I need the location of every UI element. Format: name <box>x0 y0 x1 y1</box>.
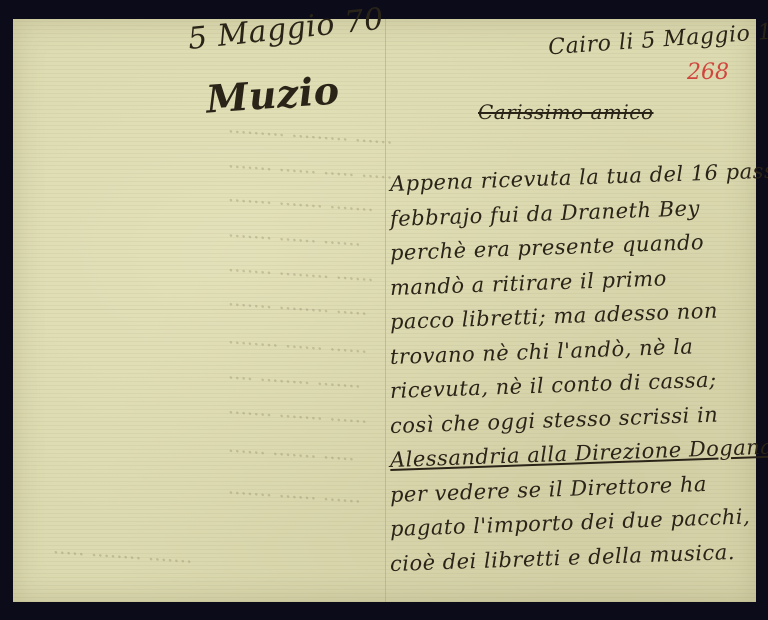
recipient-annotation: Muzio <box>205 67 341 121</box>
bleed-line: ..... ........ ....... <box>227 286 368 320</box>
bleed-line: ..... ..... ...... ....... <box>227 148 394 183</box>
bleed-line: ...... ...... ....... <box>227 474 362 507</box>
bleed-line: ...... ...... ........ <box>227 324 368 358</box>
bleed-line: ...... ....... ....... <box>227 394 368 428</box>
bleed-line: ....... ........ ..... <box>52 534 193 568</box>
bleed-line: ....... ........ .... <box>227 359 362 392</box>
salutation-text: Carissimo amico <box>478 100 654 124</box>
bleed-line: ...... ........ ....... <box>227 252 375 286</box>
archive-number: 268 <box>687 60 729 85</box>
bleed-line: ...... ...... ....... <box>227 217 362 250</box>
vertical-fold-line <box>385 19 386 602</box>
bleed-line: ..... ....... ...... <box>227 433 356 466</box>
bleed-line: ....... ....... ....... <box>227 182 375 216</box>
bleed-line: ...... ......... ......... <box>227 113 394 148</box>
scan-frame: ...... ......... ......... ..... ..... .… <box>0 0 768 620</box>
salutation: Carissimo amico <box>478 100 654 124</box>
